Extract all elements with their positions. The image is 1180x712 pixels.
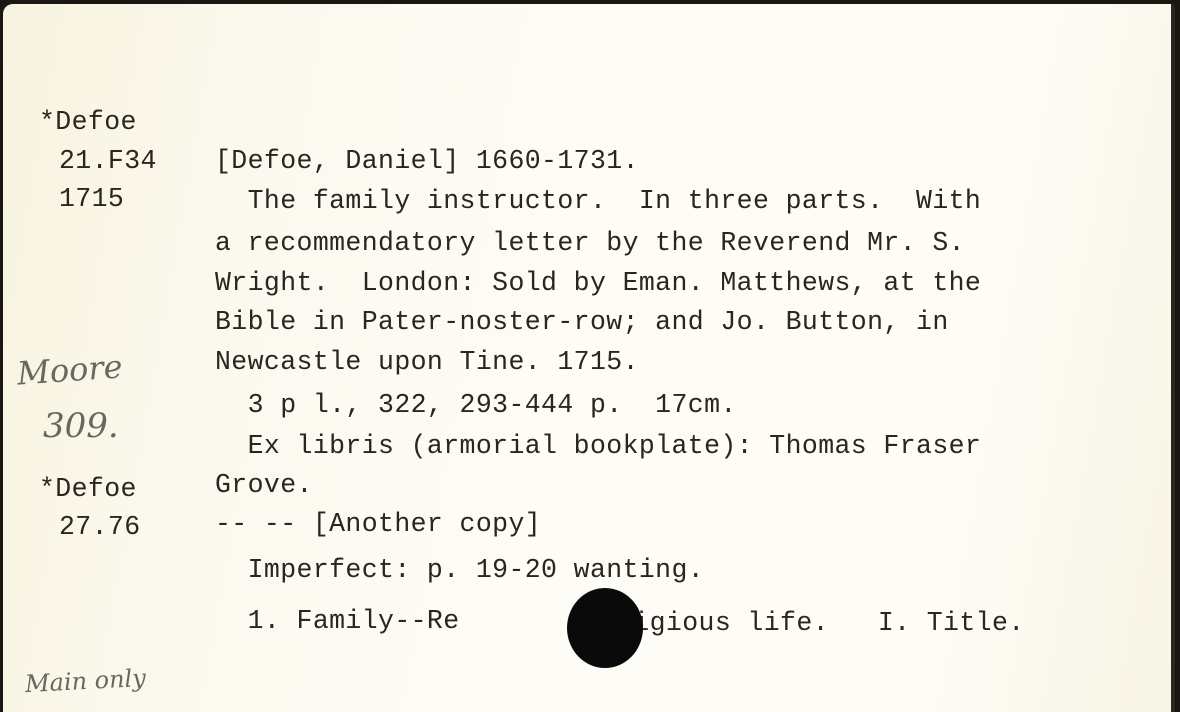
handwritten-note: Main only: [24, 666, 146, 696]
collation-line: 3 p l., 322, 293-444 p. 17cm.: [215, 392, 737, 419]
call-number-line: *Defoe: [39, 476, 137, 503]
handwritten-note: 309.: [43, 409, 119, 443]
call-number-line: 27.76: [59, 514, 141, 541]
body-line: The family instructor. In three parts. W…: [215, 188, 981, 215]
another-copy-line: -- -- [Another copy]: [215, 511, 541, 538]
punched-hole: [567, 588, 643, 668]
call-number-line: 21.F34: [59, 148, 157, 175]
provenance-note: Ex libris (armorial bookplate): Thomas F…: [215, 433, 981, 460]
imperfect-note: Imperfect: p. 19-20 wanting.: [215, 557, 704, 584]
body-line: Grove.: [215, 472, 313, 499]
subject-tracing: 1. Family--Re: [215, 608, 460, 635]
call-number-line: 1715: [59, 186, 124, 213]
handwritten-note: Moore: [16, 350, 124, 389]
subject-tracing: ligious life. I. Title.: [617, 610, 1025, 637]
body-line: a recommendatory letter by the Reverend …: [215, 230, 965, 257]
body-line: Newcastle upon Tine. 1715.: [215, 349, 639, 376]
call-number-line: *Defoe: [39, 109, 137, 136]
author-heading: [Defoe, Daniel] 1660-1731.: [215, 148, 639, 175]
catalog-card: *Defoe 21.F34 1715 Moore 309. *Defoe 27.…: [3, 4, 1175, 712]
body-line: Bible in Pater-noster-row; and Jo. Butto…: [215, 309, 949, 336]
body-line: Wright. London: Sold by Eman. Matthews, …: [215, 270, 981, 297]
